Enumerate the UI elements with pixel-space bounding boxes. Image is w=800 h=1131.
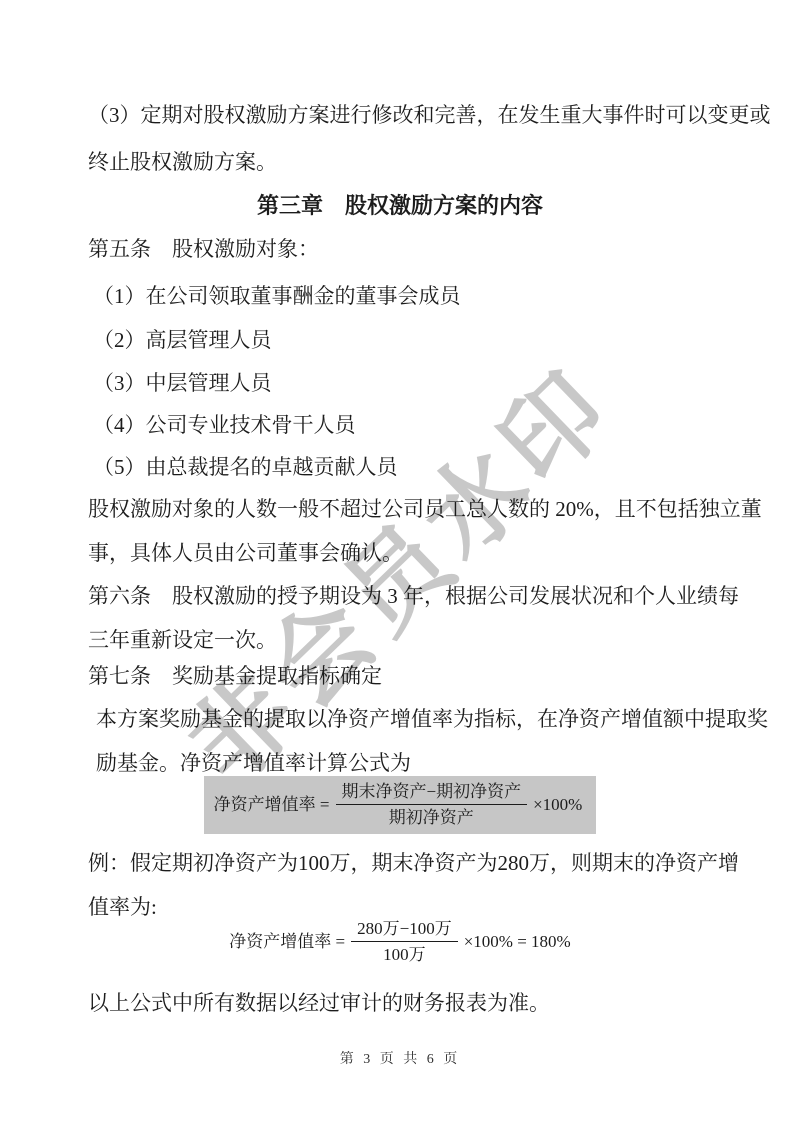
formula2-numerator: 280万−100万	[351, 918, 458, 942]
example-line1: 例：假定期初净资产为100万，期末净资产为280万，则期末的净资产增	[88, 848, 718, 878]
list-item-2: （2）高层管理人员	[93, 325, 723, 355]
list-item-1: （1）在公司领取董事酬金的董事会成员	[93, 281, 723, 311]
article6-line2: 三年重新设定一次。	[88, 625, 718, 655]
formula1-denominator: 期初净资产	[336, 805, 528, 828]
formula2-fraction: 280万−100万 100万	[351, 918, 458, 966]
formula1-numerator: 期末净资产−期初净资产	[336, 781, 528, 805]
closing-line: 以上公式中所有数据以经过审计的财务报表为准。	[88, 988, 718, 1018]
page-number-footer: 第 3 页 共 6 页	[0, 1048, 800, 1068]
formula2-lhs: 净资产增值率 =	[229, 931, 345, 952]
formula1-lhs: 净资产增值率 =	[214, 794, 330, 815]
paragraph-scope-line2: 事，具体人员由公司董事会确认。	[88, 538, 718, 568]
formula1-suffix: ×100%	[533, 794, 582, 815]
paragraph-clause3-line1: （3）定期对股权激励方案进行修改和完善，在发生重大事件时可以变更或	[88, 100, 718, 130]
list-item-3: （3）中层管理人员	[93, 368, 723, 398]
formula-example-calculation: 净资产增值率 = 280万−100万 100万 ×100% = 180%	[229, 918, 570, 966]
list-item-5: （5）由总裁提名的卓越贡献人员	[93, 452, 723, 482]
formula2-suffix: ×100% = 180%	[464, 931, 571, 952]
formula2-container: 净资产增值率 = 280万−100万 100万 ×100% = 180%	[0, 918, 800, 966]
paragraph-scope-line1: 股权激励对象的人数一般不超过公司员工总人数的 20%，且不包括独立董	[88, 494, 718, 524]
article7-line2: 励基金。净资产增值率计算公式为	[96, 748, 726, 778]
document-page: 非会员水印 （3）定期对股权激励方案进行修改和完善，在发生重大事件时可以变更或 …	[0, 0, 800, 1131]
formula-net-asset-growth-rate: 净资产增值率 = 期末净资产−期初净资产 期初净资产 ×100%	[204, 776, 597, 834]
article7-title: 第七条 奖励基金提取指标确定	[88, 661, 718, 691]
article6-line1: 第六条 股权激励的授予期设为 3 年，根据公司发展状况和个人业绩每	[88, 581, 718, 611]
paragraph-clause3-line2: 终止股权激励方案。	[88, 147, 718, 177]
article7-line1: 本方案奖励基金的提取以净资产增值率为指标，在净资产增值额中提取奖	[96, 704, 726, 734]
formula1-container: 净资产增值率 = 期末净资产−期初净资产 期初净资产 ×100%	[0, 776, 800, 834]
chapter-heading: 第三章 股权激励方案的内容	[0, 191, 800, 221]
page-content: （3）定期对股权激励方案进行修改和完善，在发生重大事件时可以变更或 终止股权激励…	[0, 0, 800, 1131]
list-item-4: （4）公司专业技术骨干人员	[93, 410, 723, 440]
formula2-denominator: 100万	[351, 942, 458, 965]
formula1-fraction: 期末净资产−期初净资产 期初净资产	[336, 781, 528, 829]
article5-title: 第五条 股权激励对象：	[88, 234, 718, 264]
